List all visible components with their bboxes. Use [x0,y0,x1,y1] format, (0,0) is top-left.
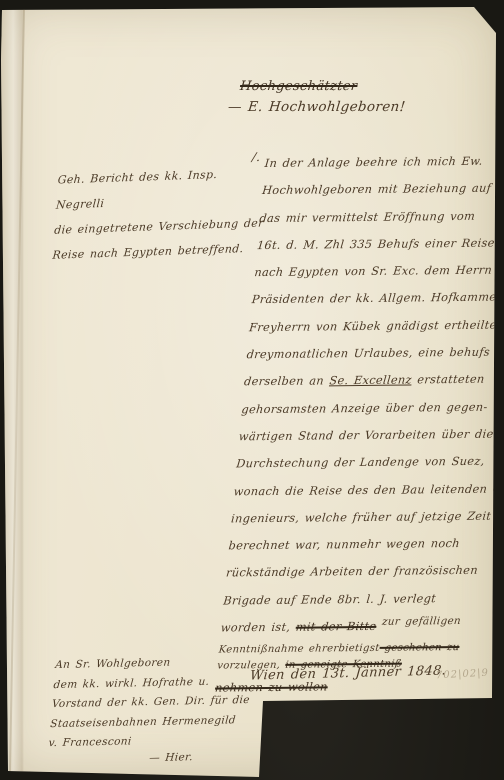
body-text-segment: ingenieurs, welche früher auf jetzige Ze… [231,510,492,526]
body-text-segment: worden ist, [220,621,296,635]
body-line: Durchstechung der Landenge von Suez, [235,448,470,478]
body-text-segment: Hochwohlgeboren mit Beziehung auf [262,182,492,197]
body-line: Brigade auf Ende 8br. l. J. verlegt [222,585,457,615]
body-line: dreymonatlichen Urlaubes, eine behufs [245,339,480,369]
manuscript-page: Hochgeschätzter — E. Hochwohlgeboren! Ge… [0,0,504,780]
body-line: worden ist, mit der Bitte zur gefälligen [219,612,454,643]
body-text-segment: Freyherrn von Kübek gnädigst ertheilten [249,318,504,334]
body-text-segment: rückständige Arbeiten der französischen [225,564,478,580]
body-text-segment: 16t. d. M. Zhl 335 Behufs einer Reise [256,236,495,252]
body-text-segment: das mir vermittelst Eröffnung vom [259,209,476,224]
body-text-segment: gehorsamsten Anzeige über den gegen- [241,400,488,416]
body-text-segment: berechnet war, nunmehr wegen noch [228,537,461,552]
body-line: rückständige Arbeiten der französischen [225,557,460,587]
address-closing: — Hier. [148,747,246,769]
body-line: berechnet war, nunmehr wegen noch [227,530,462,560]
body-line: nach Egypten von Sr. Exc. dem Herrn [253,257,488,287]
body-line: wärtigen Stand der Vorarbeiten über die [238,421,473,451]
body-text-segment: In der Anlage beehre ich mich Ew. [264,155,483,170]
body-line: Hochwohlgeboren mit Beziehung auf [261,175,496,205]
insertion-mark: /. [251,150,261,164]
body-line: 16t. d. M. Zhl 335 Behufs einer Reise [256,230,491,260]
struck-heading: Hochgeschätzter [239,79,358,94]
address-lines: An Sr. Wohlgeborendem kk. wirkl. Hofrath… [48,652,254,754]
body-text-segment: Brigade auf Ende 8br. l. J. verlegt [223,592,437,607]
address-line: Staatseisenbahnen Hermenegild [49,710,249,734]
body-text-segment: Präsidenten der kk. Allgem. Hofkammer [251,291,503,307]
struck-heading-word: Hochgeschätzter [239,79,358,94]
body-text-segment: wärtigen Stand der Vorarbeiten über die [238,428,494,444]
body-line: gehorsamsten Anzeige über den gegen- [240,393,475,423]
body-text-segment: wonach die Reise des den Bau leitenden O… [233,482,504,498]
struck-text: mit der Bitte [295,620,377,634]
body-text-segment: Se. Excellenz [329,374,413,388]
body-text-segment: derselben an [243,375,330,389]
body-text-segment: dreymonatlichen Urlaubes, eine behufs [246,346,491,362]
archival-number-pencil: 702|02|9 [436,668,489,682]
struck-text: geschehen zu [379,642,460,654]
body-line: das mir vermittelst Eröffnung vom [258,202,493,232]
body-text-segment: Durchstechung der Landenge von Suez, [236,455,486,471]
body-text-segment: nach Egypten von Sr. Exc. dem Herrn [254,264,493,280]
margin-note: Geh. Bericht des kk. Insp.Negrellidie ei… [52,160,269,268]
body-line: In der Anlage beehre ich mich Ew. [263,148,498,178]
scan-background: Hochgeschätzter — E. Hochwohlgeboren! Ge… [0,0,504,780]
body-text-segment: zur gefälligen [376,615,461,628]
salutation-line: — E. Hochwohlgeboren! [227,99,406,115]
body-line: wonach die Reise des den Bau leitenden O… [232,475,467,505]
body-line: derselben an Se. Excellenz erstatteten [243,366,478,396]
body-line: ingenieurs, welche früher auf jetzige Ze… [230,503,465,533]
body-text-segment: erstatteten [411,373,485,387]
body-line: Präsidenten der kk. Allgem. Hofkammer [251,284,486,314]
body-line: Freyherrn von Kübek gnädigst ertheilten [248,312,483,342]
address-block: An Sr. Wohlgeborendem kk. wirkl. Hofrath… [46,652,253,770]
